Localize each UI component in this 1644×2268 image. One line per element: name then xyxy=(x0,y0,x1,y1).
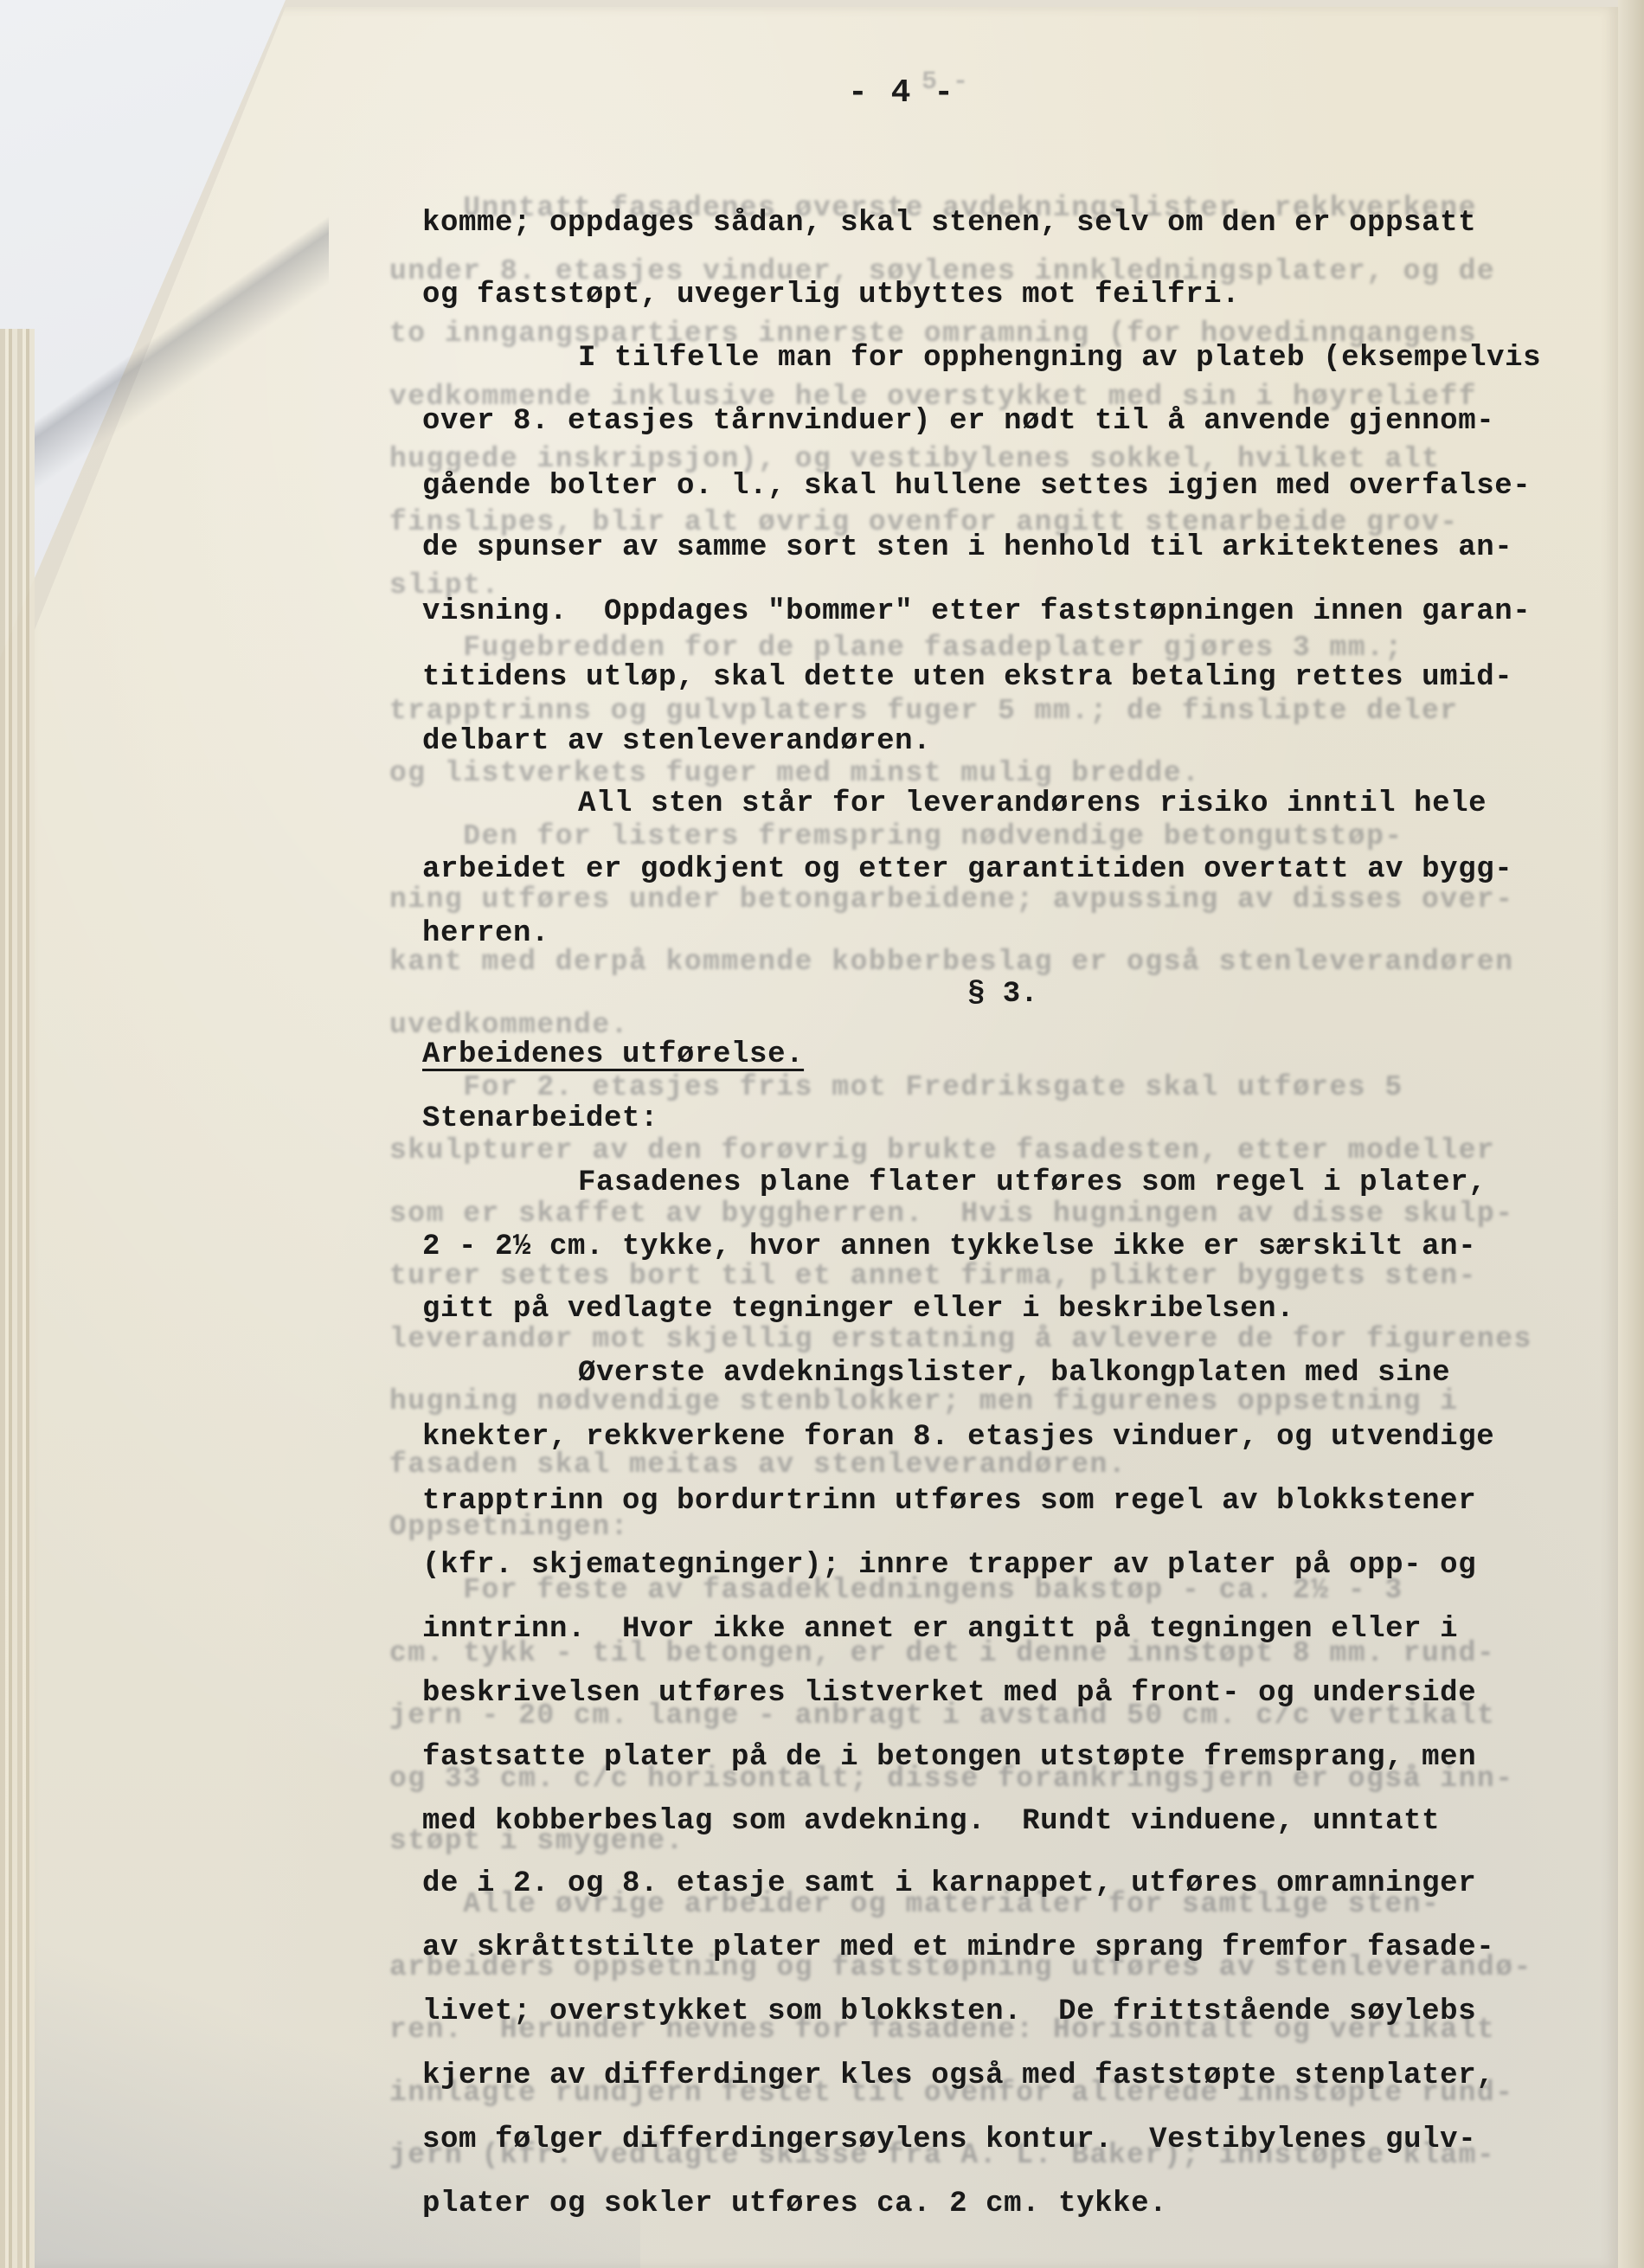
text-line: visning. Oppdages "bommer" etter faststø… xyxy=(422,597,1634,626)
text-line: All sten står for leverandørens risiko i… xyxy=(422,789,1644,819)
text-line: komme; oppdages sådan, skal stenen, selv… xyxy=(422,209,1634,238)
page-number-showthrough: 5 - xyxy=(922,67,968,97)
text-line: med kobberbeslag som avdekning. Rundt vi… xyxy=(422,1807,1634,1836)
text-line: Fasadenes plane flater utføres som regel… xyxy=(422,1168,1644,1198)
text-line: (kfr. skjemategninger); innre trapper av… xyxy=(422,1551,1634,1580)
text-line: herren. xyxy=(422,919,1634,948)
text-line: gående bolter o. l., skal hullene settes… xyxy=(422,472,1634,501)
text-line: beskrivelsen utføres listverket med på f… xyxy=(422,1679,1634,1708)
text-line: som følger differdingersøylens kontur. V… xyxy=(422,2125,1634,2155)
subheading: Stenarbeidet: xyxy=(422,1104,1634,1134)
right-page-edge xyxy=(1618,0,1644,2268)
text-line: titidens utløp, skal dette uten ekstra b… xyxy=(422,663,1634,692)
text-line: de i 2. og 8. etasje samt i karnappet, u… xyxy=(422,1869,1634,1899)
text-line: Øverste avdekningslister, balkongplaten … xyxy=(422,1359,1644,1388)
text-line: plater og sokler utføres ca. 2 cm. tykke… xyxy=(422,2189,1634,2219)
text-line: gitt på vedlagte tegninger eller i beskr… xyxy=(422,1295,1634,1324)
text-line: inntrinn. Hvor ikke annet er angitt på t… xyxy=(422,1615,1634,1644)
text-line: trapptrinn og bordurtrinn utføres som re… xyxy=(422,1487,1634,1516)
text-line: delbart av stenleverandøren. xyxy=(422,727,1634,756)
section-heading: Arbeidenes utførelse. xyxy=(422,1040,1634,1070)
section-mark: § 3. xyxy=(967,978,1038,1011)
text-line: knekter, rekkverkene foran 8. etasjes vi… xyxy=(422,1423,1634,1452)
text-line: I tilfelle man for opphengning av plateb… xyxy=(422,344,1644,373)
text-line: over 8. etasjes tårnvinduer) er nødt til… xyxy=(422,407,1634,436)
text-line: 2 - 2½ cm. tykke, hvor annen tykkelse ik… xyxy=(422,1232,1634,1262)
text-line: og faststøpt, uvegerlig utbyttes mot fei… xyxy=(422,280,1634,310)
text-line: av skråttstilte plater med et mindre spr… xyxy=(422,1933,1634,1963)
text-line: fastsatte plater på de i betongen utstøp… xyxy=(422,1743,1634,1772)
text-line: de spunser av samme sort sten i henhold … xyxy=(422,533,1634,562)
stacked-page-edges xyxy=(0,329,35,2268)
text-line: livet; overstykket som blokksten. De fri… xyxy=(422,1997,1634,2027)
text-line: kjerne av differdinger kles også med fas… xyxy=(422,2061,1634,2091)
text-line: arbeidet er godkjent og etter garantitid… xyxy=(422,855,1634,884)
